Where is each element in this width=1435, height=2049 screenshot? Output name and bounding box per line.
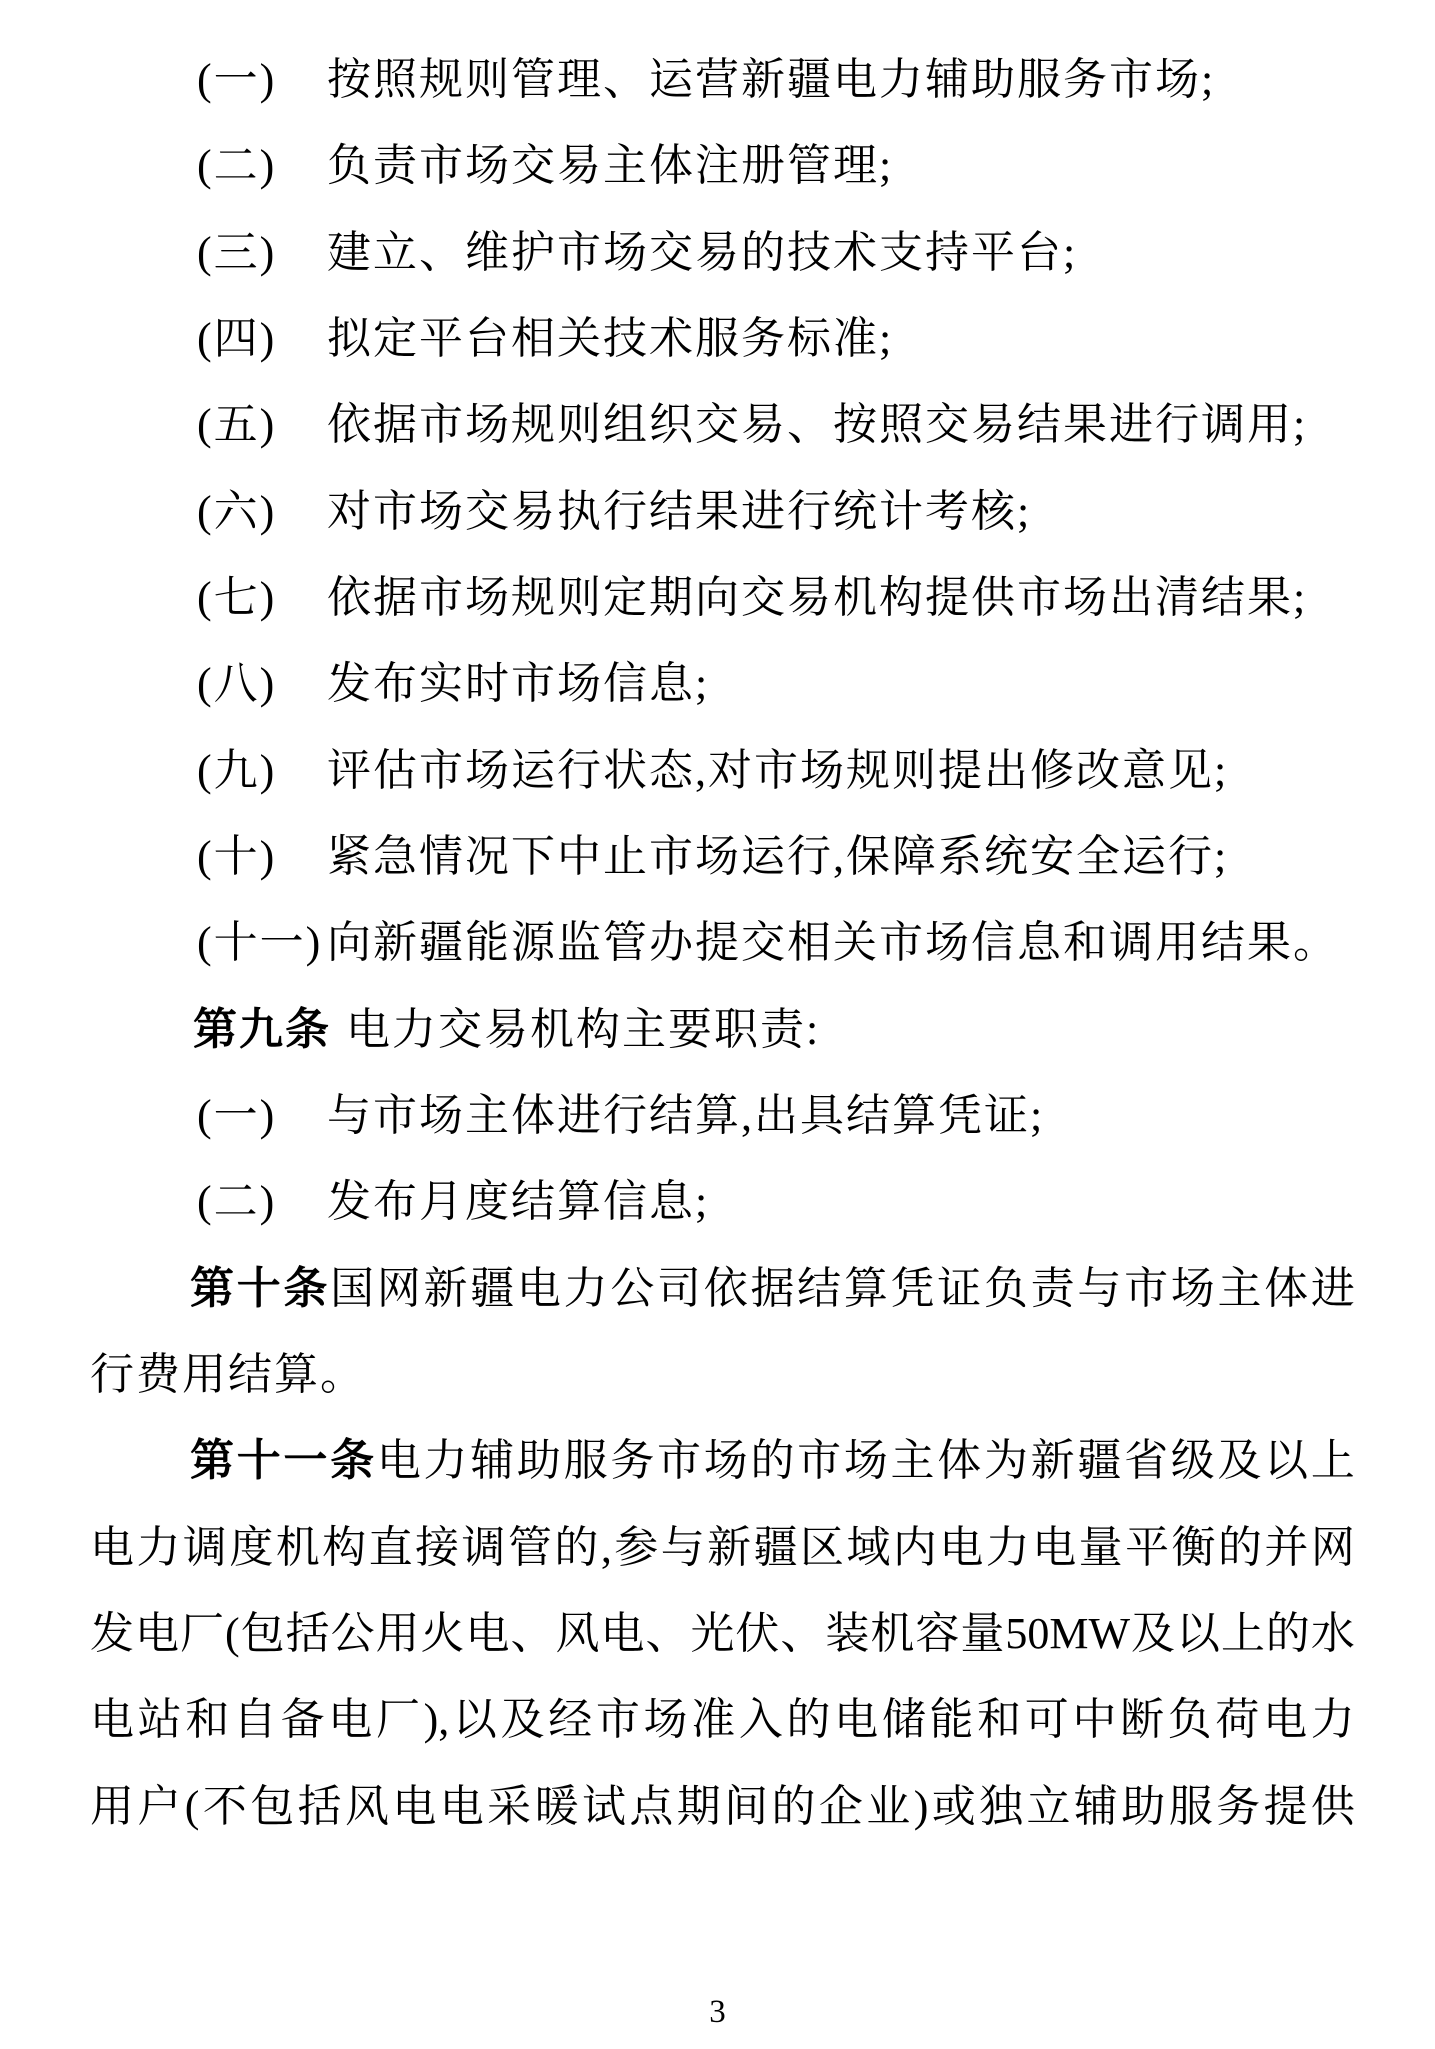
article11-line4: 电站和自备电厂),以及经市场准入的电储能和可中断负荷电力 [90, 1677, 1355, 1763]
document-page: (一)按照规则管理、运营新疆电力辅助服务市场; (二)负责市场交易主体注册管理;… [0, 0, 1435, 2049]
list-item: (二)负责市场交易主体注册管理; [90, 123, 1355, 209]
list-item: (一)与市场主体进行结算,出具结算凭证; [90, 1073, 1355, 1159]
page-number: 3 [0, 1992, 1435, 2032]
item-text: 依据市场规则定期向交易机构提供市场出清结果; [327, 573, 1307, 622]
paragraph-line: 行费用结算。 [90, 1350, 366, 1399]
item-label: (十一) [197, 900, 327, 986]
article11-line2: 电力调度机构直接调管的,参与新疆区域内电力电量平衡的并网 [90, 1505, 1355, 1591]
item-label: (八) [197, 641, 327, 727]
article10-line1: 第十条国网新疆电力公司依据结算凭证负责与市场主体进 [90, 1246, 1355, 1332]
item-text: 向新疆能源监管办提交相关市场信息和调用结果。 [327, 918, 1339, 967]
item-label: (六) [197, 469, 327, 555]
item-label: (九) [197, 728, 327, 814]
item-text: 紧急情况下中止市场运行,保障系统安全运行; [327, 832, 1228, 881]
item-text: 发布月度结算信息; [327, 1177, 709, 1226]
list-item: (一)按照规则管理、运营新疆电力辅助服务市场; [90, 37, 1355, 123]
item-label: (十) [197, 814, 327, 900]
article11-line5: 用户(不包括风电电采暖试点期间的企业)或独立辅助服务提供 [90, 1764, 1355, 1850]
article10-line2: 行费用结算。 [90, 1332, 1355, 1418]
list-item: (四)拟定平台相关技术服务标准; [90, 296, 1355, 382]
list-item: (六)对市场交易执行结果进行统计考核; [90, 469, 1355, 555]
item-text: 负责市场交易主体注册管理; [327, 141, 893, 190]
item-label: (三) [197, 210, 327, 296]
item-label: (二) [197, 123, 327, 209]
article9-title: 第九条 [193, 1005, 331, 1054]
item-text: 依据市场规则组织交易、按照交易结果进行调用; [327, 400, 1307, 449]
item-label: (七) [197, 555, 327, 641]
item-label: (一) [197, 37, 327, 123]
item-text: 与市场主体进行结算,出具结算凭证; [327, 1091, 1044, 1140]
article9-heading: 第九条电力交易机构主要职责: [90, 987, 1355, 1073]
item-label: (二) [197, 1159, 327, 1245]
list-item: (五)依据市场规则组织交易、按照交易结果进行调用; [90, 382, 1355, 468]
article9-heading-text: 电力交易机构主要职责: [346, 1005, 820, 1054]
item-text: 评估市场运行状态,对市场规则提出修改意见; [327, 746, 1228, 795]
item-label: (五) [197, 382, 327, 468]
item-label: (一) [197, 1073, 327, 1159]
item-text: 建立、维护市场交易的技术支持平台; [327, 228, 1077, 277]
item-text: 对市场交易执行结果进行统计考核; [327, 487, 1031, 536]
item-text: 拟定平台相关技术服务标准; [327, 314, 893, 363]
list-item: (九)评估市场运行状态,对市场规则提出修改意见; [90, 728, 1355, 814]
list-item: (二)发布月度结算信息; [90, 1159, 1355, 1245]
list-item: (三)建立、维护市场交易的技术支持平台; [90, 210, 1355, 296]
item-text: 按照规则管理、运营新疆电力辅助服务市场; [327, 55, 1215, 104]
item-text: 发布实时市场信息; [327, 659, 709, 708]
item-label: (四) [197, 296, 327, 382]
document-body: (一)按照规则管理、运营新疆电力辅助服务市场; (二)负责市场交易主体注册管理;… [90, 37, 1355, 1850]
article11-line1: 第十一条电力辅助服务市场的市场主体为新疆省级及以上 [90, 1418, 1355, 1504]
article11-line3: 发电厂(包括公用火电、风电、光伏、装机容量 50MW 及以上的水 [90, 1591, 1355, 1677]
list-item: (十)紧急情况下中止市场运行,保障系统安全运行; [90, 814, 1355, 900]
list-item: (七)依据市场规则定期向交易机构提供市场出清结果; [90, 555, 1355, 641]
list-item: (八)发布实时市场信息; [90, 641, 1355, 727]
list-item: (十一)向新疆能源监管办提交相关市场信息和调用结果。 [90, 900, 1355, 986]
